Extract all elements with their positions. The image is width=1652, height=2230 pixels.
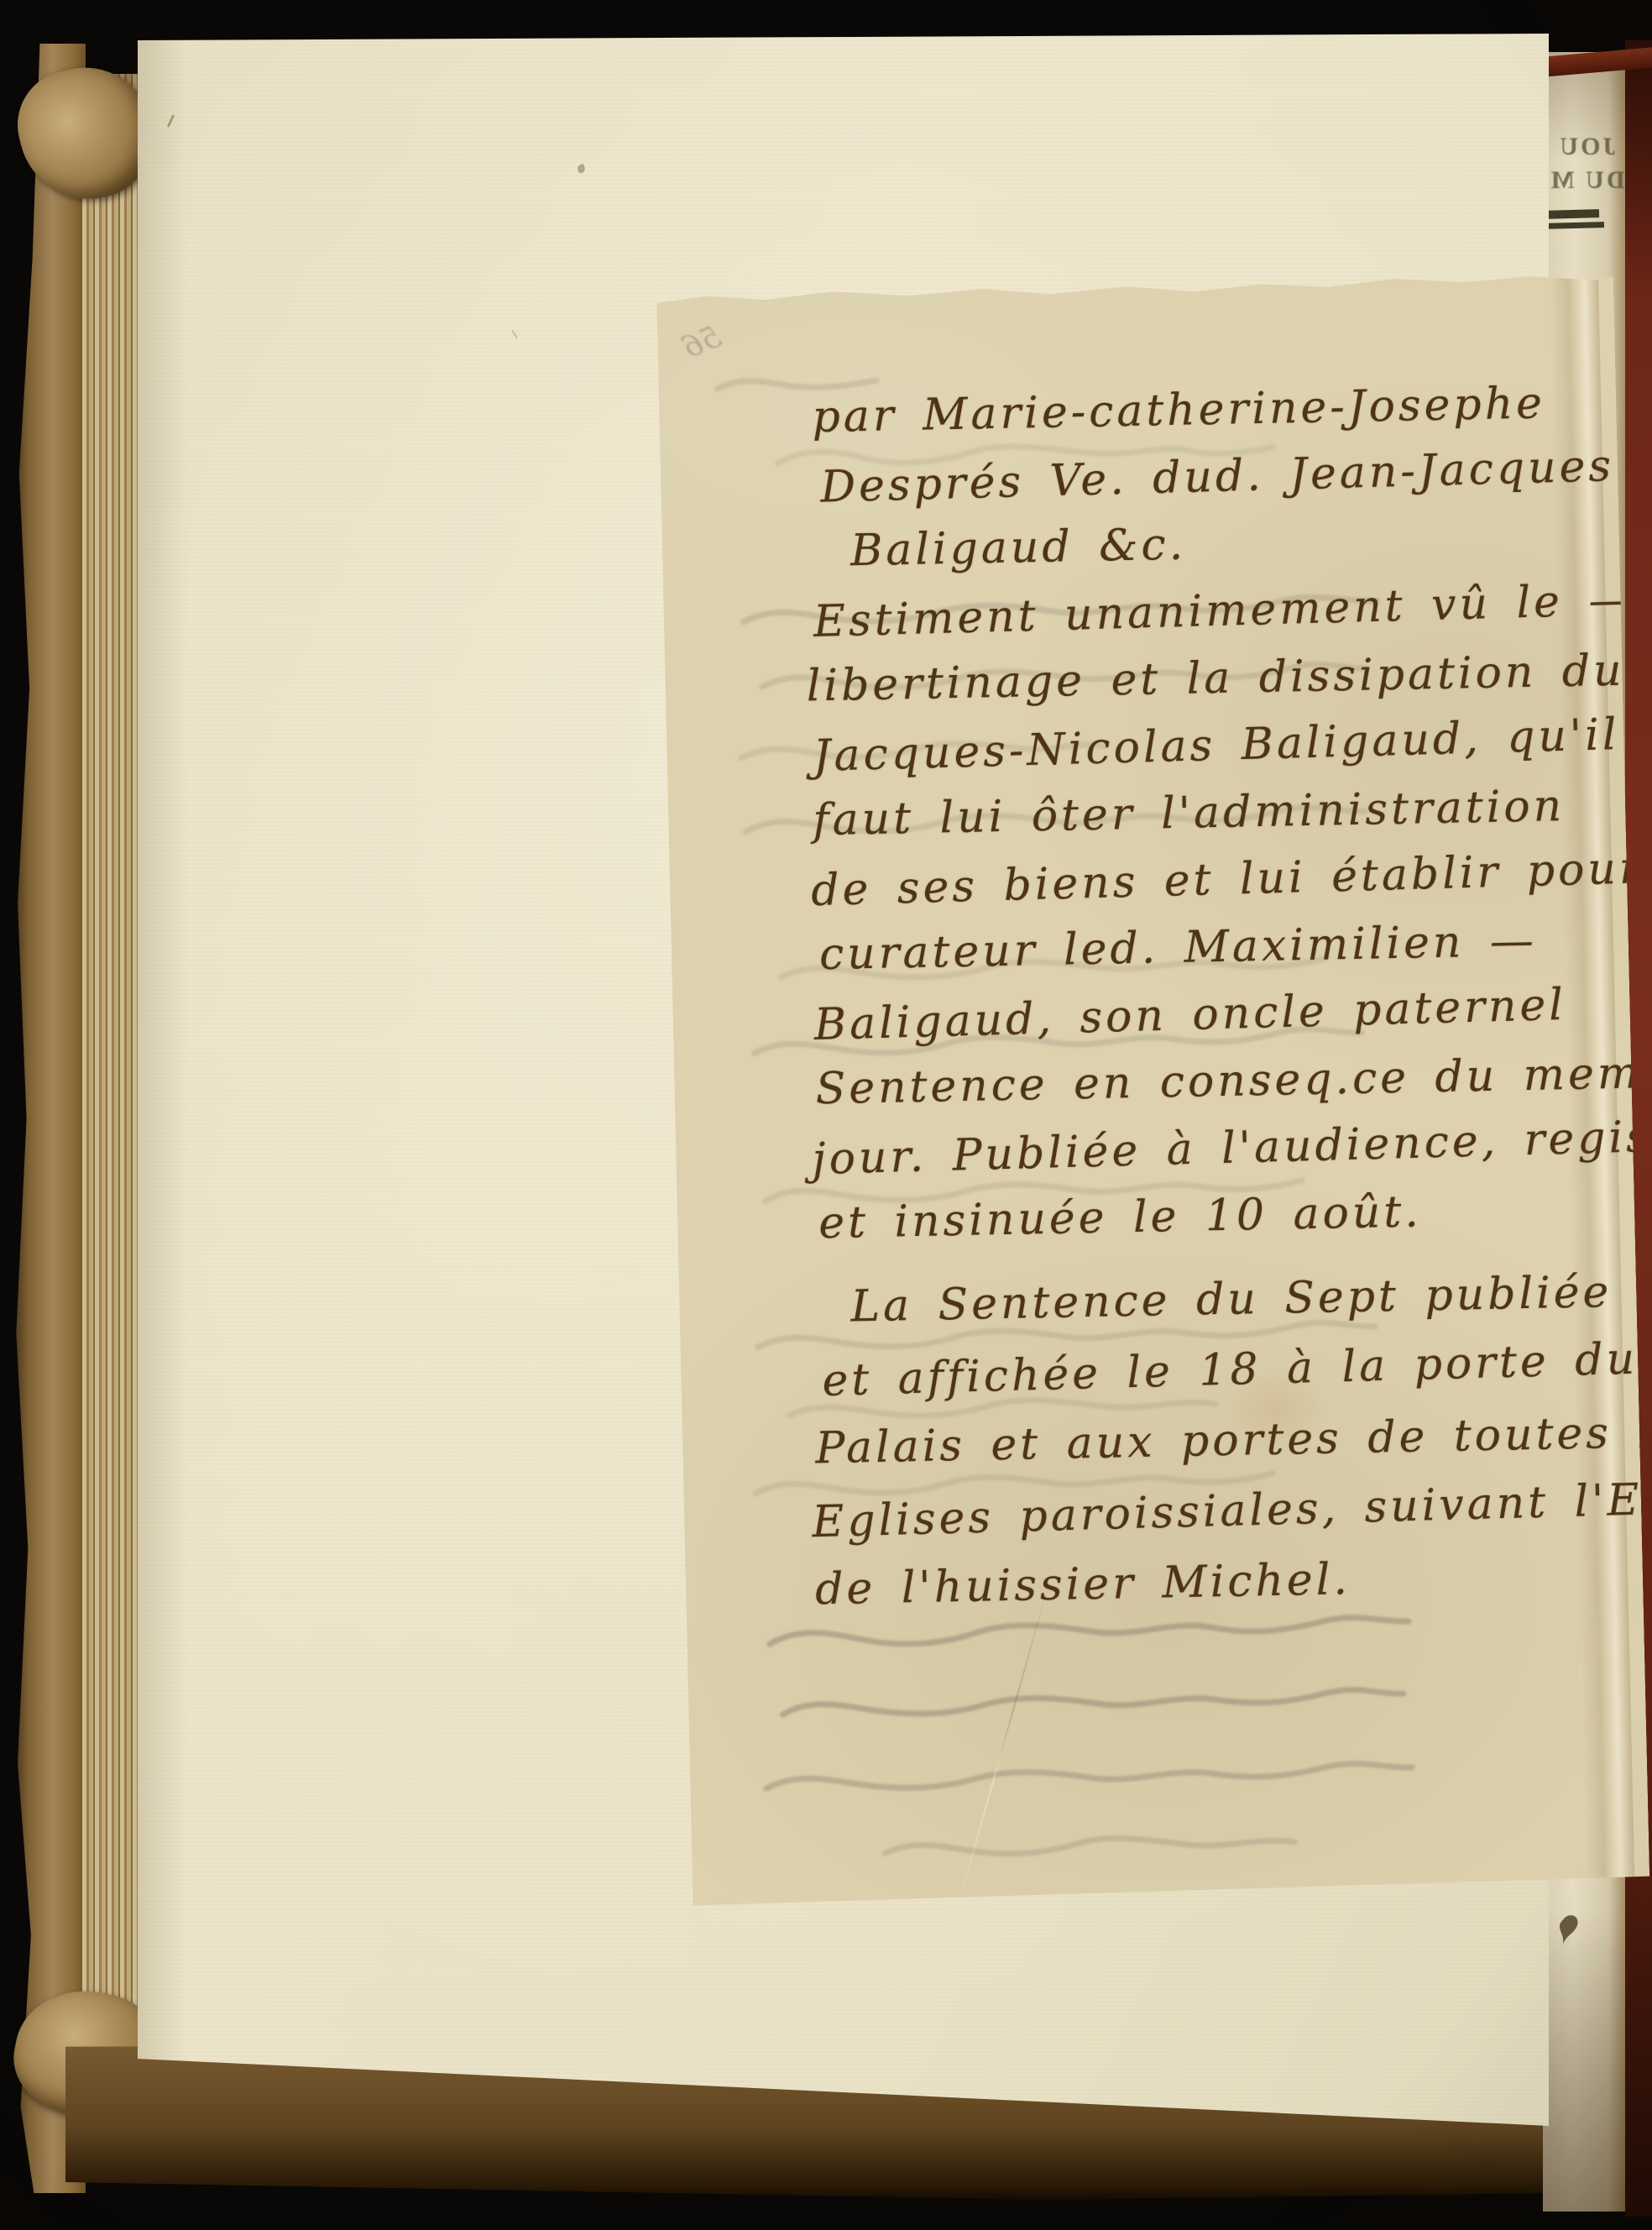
manuscript-letter: 56 par Marie-catherine-Josephe Després V… — [656, 268, 1649, 1908]
manuscript-paragraph: par Marie-catherine-Josephe Després Ve. … — [800, 367, 1625, 1259]
ink-blot — [1556, 1913, 1581, 1946]
book-spine-leather — [12, 44, 86, 2193]
manuscript-paragraph: La Sentence du Sept publiée et affichée … — [820, 1255, 1634, 1626]
page-gutter-shadow — [138, 34, 188, 2133]
ink-speck — [167, 114, 175, 128]
printed-showthrough-text: DU M — [1546, 166, 1627, 195]
printed-showthrough-text: JOU — [1546, 133, 1627, 161]
book-page-block-edges — [82, 74, 141, 2175]
book-scan-photograph: JOU DU M — [0, 0, 1652, 2230]
ink-speck — [577, 164, 587, 174]
printed-rule — [1545, 222, 1604, 229]
manuscript-text: par Marie-catherine-Josephe Després Ve. … — [800, 367, 1634, 1625]
ink-speck — [511, 329, 518, 338]
handwritten-line: et insinuée le 10 août. — [818, 1175, 1625, 1257]
printed-rule — [1545, 209, 1599, 219]
